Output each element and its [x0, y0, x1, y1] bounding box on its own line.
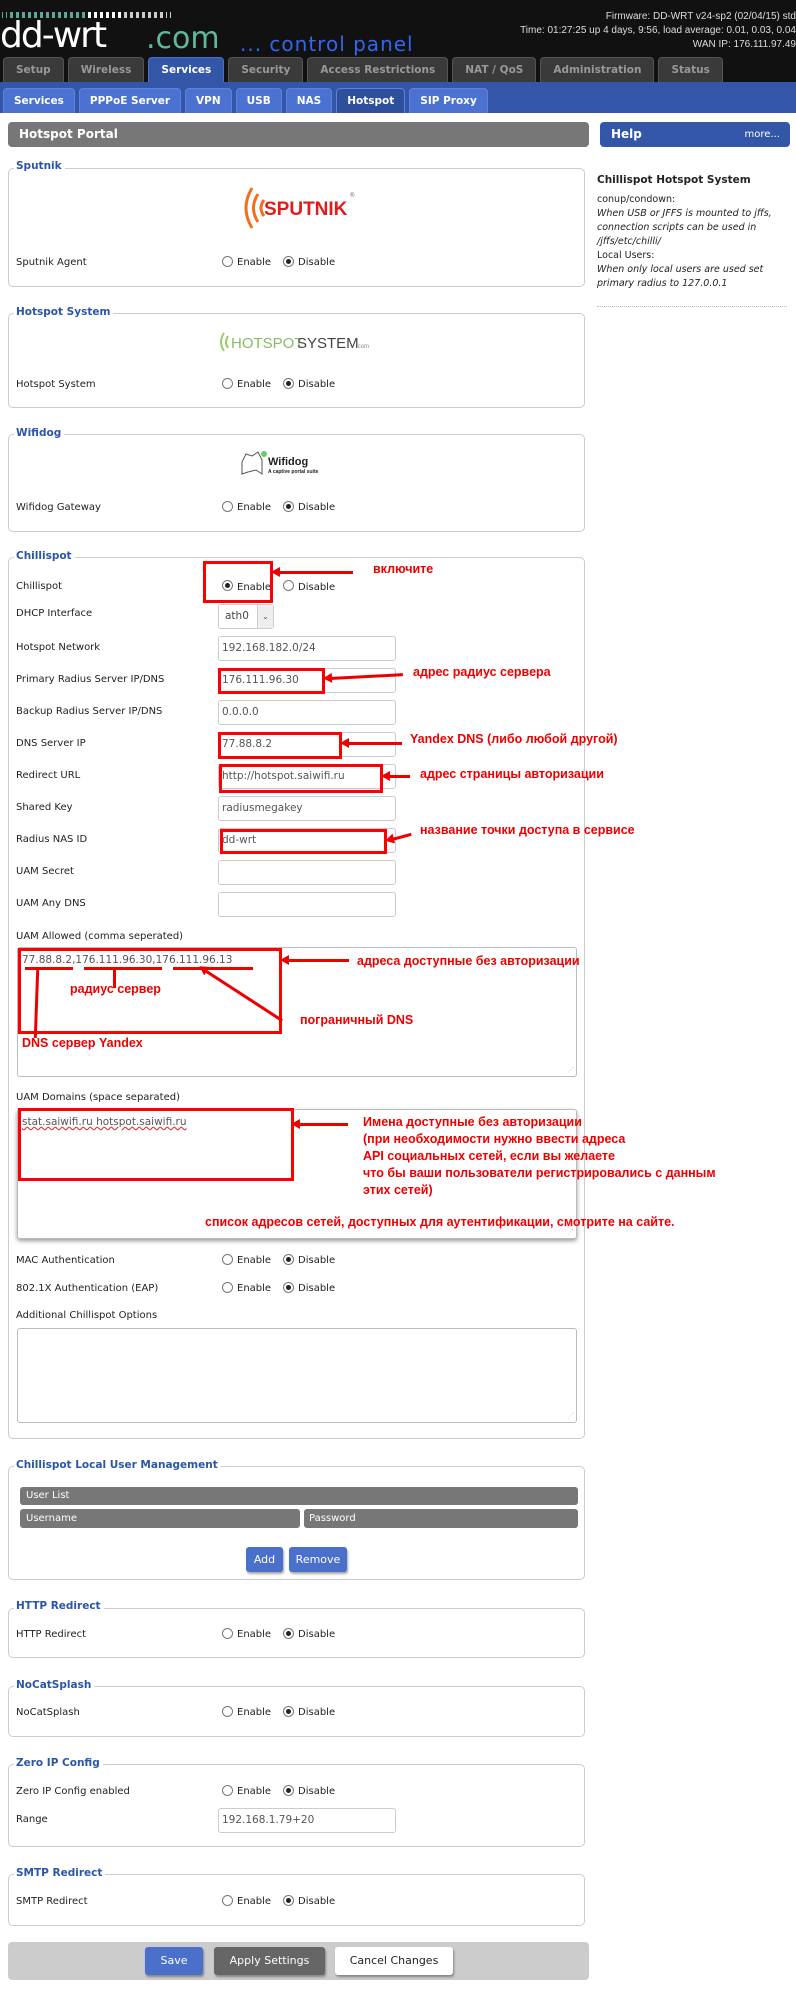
hotspot-system-section — [8, 313, 585, 408]
disable-label: Disable — [298, 502, 335, 514]
add-user-button[interactable]: Add — [246, 1547, 283, 1572]
sputnik-logo: SPUTNIK ® — [240, 183, 360, 233]
mac-auth-label: MAC Authentication — [16, 1255, 115, 1267]
smtp-redirect-label: SMTP Redirect — [16, 1896, 88, 1908]
uam-any-dns-input[interactable] — [218, 892, 396, 917]
hotspot-network-input[interactable]: 192.168.182.0/24 — [218, 636, 396, 661]
subtab-services[interactable]: Services — [3, 88, 75, 113]
disable-label: Disable — [298, 257, 335, 269]
local-users-legend: Chillispot Local User Management — [14, 1459, 221, 1471]
wifidog-disable-radio[interactable] — [283, 501, 294, 512]
zero-ip-enabled-label: Zero IP Config enabled — [16, 1786, 130, 1798]
column-header-password: Password — [304, 1509, 578, 1528]
enable-label: Enable — [237, 1255, 271, 1267]
sub-navigation: ServicesPPPoE ServerVPNUSBNASHotspotSIP … — [0, 82, 796, 113]
sub-tabs: ServicesPPPoE ServerVPNUSBNASHotspotSIP … — [3, 88, 488, 113]
disable-label: Disable — [298, 1629, 335, 1641]
logo-bar — [136, 12, 139, 18]
smtp-redirect-section — [8, 1874, 585, 1926]
uam-domains-textarea[interactable]: stat.saiwifi.ru hotspot.saiwifi.ru ⋰ — [17, 1109, 577, 1239]
subtab-nas[interactable]: NAS — [286, 88, 332, 113]
uam-allowed-textarea[interactable]: 77.88.8.2,176.111.96.30,176.111.96.13 ⋰ — [17, 947, 577, 1077]
logo-bar — [154, 12, 157, 18]
apply-settings-button[interactable]: Apply Settings — [214, 1947, 325, 1975]
radius-nas-id-input[interactable]: dd-wrt — [218, 828, 396, 853]
svg-text:.com: .com — [356, 344, 369, 350]
wan-ip: WAN IP: 176.111.97.49 — [693, 39, 796, 50]
disable-label: Disable — [298, 1707, 335, 1719]
disable-label: Disable — [298, 1283, 335, 1295]
subtab-sip-proxy[interactable]: SIP Proxy — [409, 88, 488, 113]
tab-access-restrictions[interactable]: Access Restrictions — [307, 57, 448, 82]
resize-grip-icon[interactable]: ⋰ — [567, 1229, 574, 1236]
uam-allowed-value: 77.88.8.2,176.111.96.30,176.111.96.13 — [22, 954, 232, 966]
header: dd-wrt .com ... control panel Firmware: … — [0, 0, 796, 82]
additional-options-label: Additional Chillispot Options — [16, 1310, 157, 1322]
enable-label: Enable — [237, 1896, 271, 1908]
tab-services[interactable]: Services — [148, 57, 224, 82]
logo-bar — [142, 12, 145, 18]
help-more-link[interactable]: more... — [745, 122, 780, 147]
chevron-down-icon: ⌄ — [257, 605, 273, 628]
svg-text:Wifidog: Wifidog — [268, 456, 308, 468]
zero-ip-legend: Zero IP Config — [14, 1757, 103, 1769]
logo-tagline: ... control panel — [240, 34, 414, 54]
chillispot-enable-label: Chillispot — [16, 581, 62, 593]
zero-ip-range-label: Range — [16, 1814, 48, 1826]
hotspot-system-logo: HOTSPOT SYSTEM .com — [218, 330, 378, 354]
hotspot-system-enable-radio[interactable] — [222, 378, 233, 389]
eap-enable-radio[interactable] — [222, 1282, 233, 1293]
sputnik-agent-label: Sputnik Agent — [16, 257, 87, 269]
sputnik-enable-radio[interactable] — [222, 256, 233, 267]
chillispot-legend: Chillispot — [14, 550, 75, 562]
logo-bar — [106, 12, 109, 18]
logo-bar — [166, 12, 167, 18]
subtab-hotspot[interactable]: Hotspot — [336, 88, 405, 113]
nocatsplash-label: NoCatSplash — [16, 1707, 80, 1719]
firmware-info: Firmware: DD-WRT v24-sp2 (02/04/15) std — [606, 11, 796, 22]
additional-options-textarea[interactable]: ⋰ — [17, 1328, 577, 1423]
svg-text:SPUTNIK: SPUTNIK — [264, 199, 348, 220]
http-redirect-enable-radio[interactable] — [222, 1628, 233, 1639]
radius-nas-id-label: Radius NAS ID — [16, 834, 87, 846]
main-tabs: SetupWirelessServicesSecurityAccess Rest… — [3, 57, 723, 82]
http-redirect-disable-radio[interactable] — [283, 1628, 294, 1639]
mac-auth-disable-radio[interactable] — [283, 1254, 294, 1265]
help-desc: When USB or JFFS is mounted to jffs, con… — [597, 207, 787, 249]
logo-bar — [170, 12, 171, 18]
svg-text:A captive portal suite: A captive portal suite — [268, 469, 319, 475]
disable-label: Disable — [298, 379, 335, 391]
help-header: Help more... — [600, 122, 790, 147]
dns-server-ip-input[interactable]: 77.88.8.2 — [218, 732, 396, 757]
tab-security[interactable]: Security — [228, 57, 303, 82]
http-redirect-section — [8, 1608, 585, 1658]
dhcp-interface-label: DHCP Interface — [16, 608, 92, 620]
redirect-url-label: Redirect URL — [16, 770, 80, 782]
nocatsplash-legend: NoCatSplash — [14, 1679, 94, 1691]
redirect-url-input[interactable]: http://hotspot.saiwifi.ru — [218, 764, 396, 789]
sputnik-legend: Sputnik — [14, 160, 65, 172]
subtab-vpn[interactable]: VPN — [185, 88, 232, 113]
chillispot-enable-radio[interactable] — [222, 580, 233, 591]
cancel-changes-button[interactable]: Cancel Changes — [335, 1947, 453, 1975]
backup-radius-server-ip-dns-label: Backup Radius Server IP/DNS — [16, 706, 162, 718]
nocatsplash-enable-radio[interactable] — [222, 1706, 233, 1717]
eap-label: 802.1X Authentication (EAP) — [16, 1283, 158, 1295]
enable-label: Enable — [237, 1629, 271, 1641]
dhcp-interface-select[interactable]: ath0 ⌄ — [218, 604, 274, 629]
enable-label: Enable — [237, 1786, 271, 1798]
logo-bar — [160, 12, 163, 18]
svg-text:HOTSPOT: HOTSPOT — [231, 335, 304, 352]
uam-any-dns-label: UAM Any DNS — [16, 898, 86, 910]
tab-status[interactable]: Status — [658, 57, 722, 82]
hotspot-system-legend: Hotspot System — [14, 306, 113, 318]
logo-bar — [112, 12, 115, 18]
help-term: Local Users: — [597, 249, 787, 263]
page-title: Hotspot Portal — [8, 122, 589, 147]
user-list-title: User List — [20, 1487, 578, 1505]
help-title: Help — [611, 127, 642, 141]
enable-label: Enable — [237, 582, 271, 594]
primary-radius-server-ip-dns-label: Primary Radius Server IP/DNS — [16, 674, 164, 686]
zero-ip-disable-radio[interactable] — [283, 1785, 294, 1796]
nocatsplash-section — [8, 1686, 585, 1737]
logo-bar — [118, 12, 121, 18]
save-button[interactable]: Save — [145, 1947, 203, 1975]
shared-key-label: Shared Key — [16, 802, 73, 814]
dns-server-ip-label: DNS Server IP — [16, 738, 86, 750]
resize-grip-icon[interactable]: ⋰ — [567, 1067, 574, 1074]
uam-secret-label: UAM Secret — [16, 866, 74, 878]
svg-text:SYSTEM: SYSTEM — [297, 335, 359, 352]
remove-user-button[interactable]: Remove — [289, 1547, 347, 1572]
subtab-usb[interactable]: USB — [236, 88, 282, 113]
column-header-username: Username — [20, 1509, 300, 1528]
disable-label: Disable — [298, 1786, 335, 1798]
wifidog-enable-radio[interactable] — [222, 501, 233, 512]
uptime-info: Time: 01:27:25 up 4 days, 9:56, load ave… — [520, 25, 796, 36]
disable-label: Disable — [298, 582, 335, 594]
logo-bar — [130, 12, 133, 18]
help-term: conup/condown: — [597, 193, 787, 207]
zero-ip-section — [8, 1764, 585, 1847]
wifidog-logo: Wifidog A captive portal suite — [238, 448, 353, 478]
enable-label: Enable — [237, 1707, 271, 1719]
enable-label: Enable — [237, 257, 271, 269]
logo: dd-wrt — [0, 18, 105, 54]
primary-radius-server-ip-dns-input[interactable]: 176.111.96.30 — [218, 668, 396, 693]
hotspot-network-label: Hotspot Network — [16, 642, 100, 654]
enable-label: Enable — [237, 502, 271, 514]
dhcp-interface-value: ath0 — [225, 610, 249, 622]
eap-disable-radio[interactable] — [283, 1282, 294, 1293]
svg-text:®: ® — [350, 192, 355, 199]
sputnik-disable-radio[interactable] — [283, 256, 294, 267]
resize-grip-icon[interactable]: ⋰ — [567, 1413, 574, 1420]
hotspot-system-disable-radio[interactable] — [283, 378, 294, 389]
uam-secret-input[interactable] — [218, 860, 396, 885]
nocatsplash-disable-radio[interactable] — [283, 1706, 294, 1717]
zero-ip-range-input[interactable]: 192.168.1.79+20 — [218, 1808, 396, 1833]
subtab-pppoe-server[interactable]: PPPoE Server — [79, 88, 181, 113]
uam-domains-value: stat.saiwifi.ru hotspot.saiwifi.ru — [22, 1116, 187, 1128]
help-heading: Chillispot Hotspot System — [597, 173, 787, 187]
mac-auth-enable-radio[interactable] — [222, 1254, 233, 1265]
smtp-redirect-legend: SMTP Redirect — [14, 1867, 105, 1879]
enable-label: Enable — [237, 1283, 271, 1295]
uam-domains-label: UAM Domains (space separated) — [16, 1092, 180, 1104]
zero-ip-enable-radio[interactable] — [222, 1785, 233, 1796]
backup-radius-server-ip-dns-input[interactable]: 0.0.0.0 — [218, 700, 396, 725]
enable-label: Enable — [237, 379, 271, 391]
disable-label: Disable — [298, 1896, 335, 1908]
annotation-arrow-icon — [113, 970, 116, 988]
smtp-redirect-disable-radio[interactable] — [283, 1895, 294, 1906]
logo-bar — [124, 12, 127, 18]
disable-label: Disable — [298, 1255, 335, 1267]
tab-setup[interactable]: Setup — [3, 57, 64, 82]
hotspot-system-label: Hotspot System — [16, 379, 96, 391]
logo-tld: .com — [146, 24, 220, 54]
shared-key-input[interactable]: radiusmegakey — [218, 796, 396, 821]
tab-administration[interactable]: Administration — [540, 57, 654, 82]
wifidog-gateway-label: Wifidog Gateway — [16, 502, 101, 514]
wifidog-legend: Wifidog — [14, 427, 64, 439]
tab-wireless[interactable]: Wireless — [68, 57, 145, 82]
logo-bar — [148, 12, 151, 18]
help-desc: When only local users are used set prima… — [597, 263, 787, 291]
smtp-redirect-enable-radio[interactable] — [222, 1895, 233, 1906]
http-redirect-legend: HTTP Redirect — [14, 1600, 104, 1612]
tab-nat-qos[interactable]: NAT / QoS — [452, 57, 536, 82]
uam-allowed-label: UAM Allowed (comma seperated) — [16, 931, 183, 943]
http-redirect-label: HTTP Redirect — [16, 1629, 86, 1641]
chillispot-disable-radio[interactable] — [283, 580, 294, 591]
help-divider — [597, 306, 787, 307]
